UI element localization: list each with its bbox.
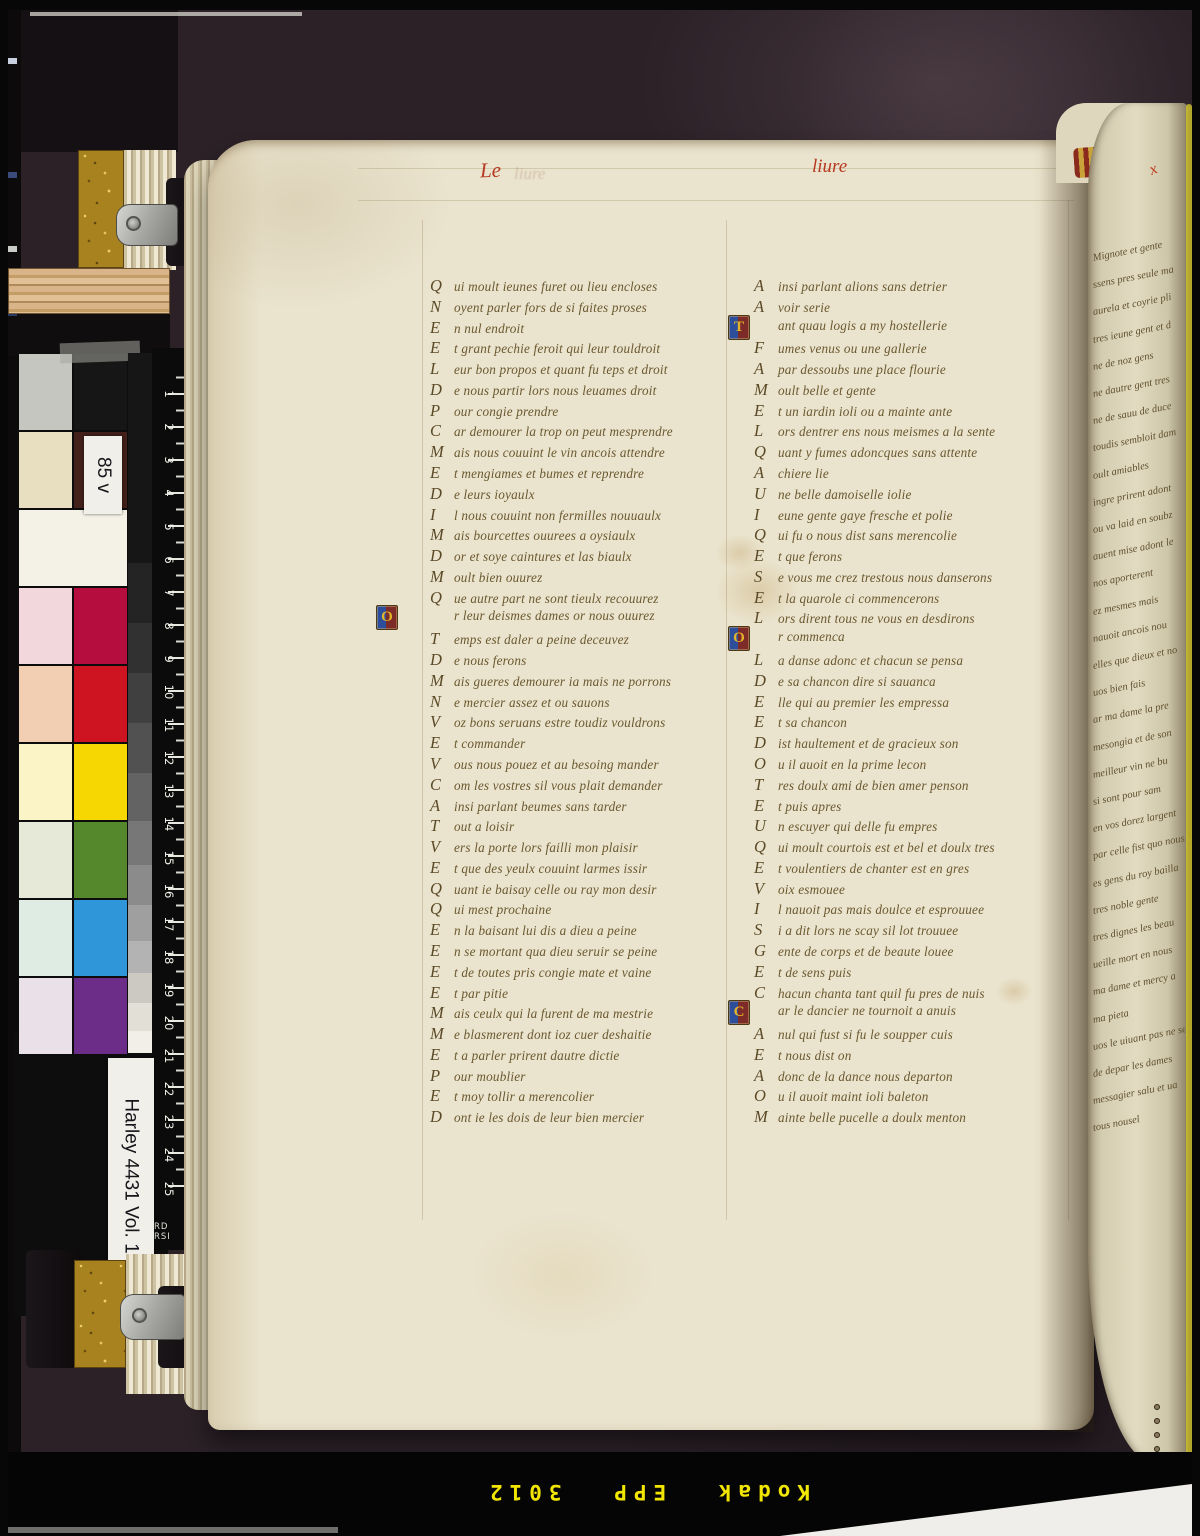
manuscript-line: Lors dentrer ens nous meismes a la sente	[754, 421, 995, 442]
chart-patch	[18, 743, 73, 821]
edge-text-line: ssens pres seule ma	[1092, 262, 1186, 291]
edge-text-line: par celle fist quo nous	[1092, 834, 1186, 863]
column1-text: t commander	[454, 736, 525, 751]
column2-text: oix esmouee	[778, 882, 845, 897]
edge-text-line: en vos dorez largent	[1092, 806, 1186, 835]
column2-text: n escuyer qui delle fu empres	[778, 819, 937, 834]
gilt-gauffered-edge-bottom	[74, 1260, 126, 1368]
edge-text-line: mesongia et de son	[1092, 725, 1186, 754]
edge-text-line: si sont pour sam	[1092, 779, 1186, 808]
line-initial: M	[430, 525, 454, 545]
edge-text-line: elles que dieux et no	[1092, 643, 1186, 672]
pricking-hole	[1154, 1418, 1160, 1424]
column2-text: t nous dist on	[778, 1048, 852, 1063]
manuscript-line: Et voulentiers de chanter est en gres	[754, 858, 969, 879]
line-initial: E	[754, 962, 778, 982]
line-initial: N	[430, 692, 454, 712]
ruler-number: 20	[162, 1013, 176, 1033]
film-edge-mark	[8, 246, 17, 252]
column2-text: t que ferons	[778, 549, 842, 564]
chart-patch	[18, 899, 73, 977]
line-initial: D	[430, 484, 454, 504]
manuscript-line: Apar dessoubs une place flourie	[754, 359, 946, 380]
manuscript-line: Anul qui fust si fu le soupper cuis	[754, 1024, 953, 1045]
column1-text: ais ceulx qui la furent de ma mestrie	[454, 1006, 653, 1021]
manuscript-line: Qui moult ieunes furet ou lieu encloses	[430, 276, 657, 297]
manuscript-line: De nous partir lors nous leuames droit	[430, 380, 657, 401]
manuscript-line: Et de sens puis	[754, 962, 852, 983]
line-initial: E	[430, 941, 454, 961]
manuscript-line: Fumes venus ou une gallerie	[754, 338, 927, 359]
manuscript-line: Et sa chancon	[754, 712, 847, 733]
manuscript-line: Mais ceulx qui la furent de ma mestrie	[430, 1003, 653, 1024]
column2-text: ar le dancier ne tournoit a anuis	[778, 1003, 956, 1018]
manuscript-line: De leurs ioyaulx	[430, 484, 535, 505]
grayscale-step	[128, 673, 155, 723]
clip-rivet-top	[126, 216, 141, 231]
column2-text: e sa chancon dire si sauanca	[778, 674, 936, 689]
line-initial: C	[430, 775, 454, 795]
edge-text-line: ez mesmes mais	[1092, 589, 1186, 618]
column1-text: ont ie les dois de leur bien mercier	[454, 1110, 644, 1125]
column2-text: t la quarole ci commencerons	[778, 591, 939, 606]
line-initial: A	[754, 463, 778, 483]
manuscript-line: Voix esmouee	[754, 879, 845, 900]
grayscale-step	[128, 563, 155, 623]
column2-text: res doulx ami de bien amer penson	[778, 778, 969, 793]
chart-patch	[73, 665, 128, 743]
ruler-number: 18	[162, 947, 176, 967]
line-initial: T	[430, 816, 454, 836]
chart-patch	[18, 509, 128, 587]
line-initial: E	[430, 1045, 454, 1065]
line-initial: L	[754, 421, 778, 441]
column1-text: t de toutes pris congie mate et vaine	[454, 965, 651, 980]
manuscript-line: La danse adonc et chacun se pensa	[754, 650, 963, 671]
ruler-number: 4	[162, 483, 176, 503]
manuscript-line: Tout a loisir	[430, 816, 514, 837]
manuscript-line: Mais gueres demourer ia mais ne porrons	[430, 671, 671, 692]
line-initial: V	[754, 879, 778, 899]
illuminated-initial: O	[376, 605, 398, 630]
ruler-number: 2	[162, 417, 176, 437]
running-title-left: Le	[480, 158, 502, 184]
illuminated-initial: C	[728, 1000, 750, 1025]
line-initial: P	[430, 1066, 454, 1086]
ruling-line	[358, 200, 1074, 201]
column1-text: om les vostres sil vous plait demander	[454, 778, 663, 793]
line-initial: D	[430, 1107, 454, 1127]
edge-text-line: ma pieta	[1092, 997, 1186, 1026]
edge-text-line: tres noble gente	[1092, 888, 1186, 917]
line-initial: A	[754, 359, 778, 379]
chart-patch	[73, 821, 128, 899]
line-initial: M	[430, 1024, 454, 1044]
ruler-number: 1	[162, 384, 176, 404]
line-initial: E	[754, 588, 778, 608]
ruler-number: 12	[162, 748, 176, 768]
manuscript-line: Ou il auoit en la prime lecon	[754, 754, 926, 775]
column1-text: t a parler prirent dautre dictie	[454, 1048, 620, 1063]
film-top-edge-line	[30, 12, 302, 16]
column1-text: ais gueres demourer ia mais ne porrons	[454, 674, 671, 689]
column1-text: e blasmerent dont ioz cuer deshaitie	[454, 1027, 652, 1042]
line-initial: Q	[754, 442, 778, 462]
column2-text: eune gente gaye fresche et polie	[778, 508, 953, 523]
line-initial: E	[430, 463, 454, 483]
column1-text: ers la porte lors failli mon plaisir	[454, 840, 638, 855]
edge-text-line: nauoit ancois nou	[1092, 616, 1186, 645]
ruler-number: 15	[162, 848, 176, 868]
manuscript-line: Vous nous pouez et au besoing mander	[430, 754, 659, 775]
column2-text: oult belle et gente	[778, 383, 876, 398]
line-initial: Q	[430, 899, 454, 919]
column1-text: oyent parler fors de si faites proses	[454, 300, 647, 315]
column2-text: l nauoit pas mais doulce et esprouuee	[778, 902, 984, 917]
line-initial: E	[430, 920, 454, 940]
chart-patch	[73, 353, 128, 431]
edge-text-line: meilleur vin ne bu	[1092, 752, 1186, 781]
column2-text: ui fu o nous dist sans merencolie	[778, 528, 957, 543]
column2-text: ainte belle pucelle a doulx menton	[778, 1110, 966, 1125]
manuscript-line: En la baisant lui dis a dieu a peine	[430, 920, 637, 941]
ruler-number: 3	[162, 450, 176, 470]
column2-text: uant y fumes adoncques sans attente	[778, 445, 977, 460]
edge-text-line: ou va laid en soubz	[1092, 507, 1186, 536]
line-initial: E	[430, 1086, 454, 1106]
line-initial: I	[430, 505, 454, 525]
column2-text: chiere lie	[778, 466, 829, 481]
manuscript-line: Car le dancier ne tournoit a anuis	[754, 1003, 956, 1024]
column1-text: oz bons seruans estre toudiz vouldrons	[454, 715, 665, 730]
ruler-number: 13	[162, 781, 176, 801]
manuscript-line: Que autre part ne sont tieulx recouurez	[430, 588, 659, 609]
manuscript-line: Pour congie prendre	[430, 401, 558, 422]
edge-text-line: messagier salu et ua	[1092, 1078, 1186, 1107]
line-initial: P	[430, 401, 454, 421]
column2-text: t sa chancon	[778, 715, 847, 730]
offset-ghost-text: liure	[514, 164, 545, 184]
manuscript-line: Un escuyer qui delle fu empres	[754, 816, 937, 837]
grayscale-step	[128, 623, 155, 673]
grayscale-step	[128, 865, 155, 905]
line-initial: T	[754, 775, 778, 795]
running-title-right: liure	[812, 156, 847, 178]
manuscript-line: De sa chancon dire si sauanca	[754, 671, 936, 692]
manuscript-line: Lors dirent tous ne vous en desdirons	[754, 608, 975, 629]
edge-text-line: es gens du roy bailla	[1092, 861, 1186, 890]
column1-text: t mengiames et bumes et reprendre	[454, 466, 644, 481]
manuscript-line: Et grant pechie feroit qui leur touldroi…	[430, 338, 660, 359]
edge-text-line: uos bien fais	[1092, 670, 1186, 699]
manuscript-line: Moult belle et gente	[754, 380, 876, 401]
column2-text: t de sens puis	[778, 965, 852, 980]
column2-text: t puis apres	[778, 799, 841, 814]
column2-text: umes venus ou une gallerie	[778, 341, 927, 356]
column1-text: n nul endroit	[454, 321, 524, 336]
column1-text: t que des yeulx couuint larmes issir	[454, 861, 647, 876]
manuscript-line: Se vous me crez trestous nous danserons	[754, 567, 992, 588]
manuscript-line: Mainte belle pucelle a doulx menton	[754, 1107, 966, 1128]
column1-text: ous nous pouez et au besoing mander	[454, 757, 659, 772]
column1-text: t moy tollir a merencolier	[454, 1089, 594, 1104]
line-initial: D	[754, 671, 778, 691]
film-edge-mark	[8, 58, 17, 64]
manuscript-line: Ainsi parlant beumes sans tarder	[430, 796, 627, 817]
manuscript-line: Vers la porte lors failli mon plaisir	[430, 837, 638, 858]
shelfmark-label-text: Harley 4431 Vol. 1	[120, 1098, 142, 1253]
column1-text: e nous partir lors nous leuames droit	[454, 383, 657, 398]
manuscript-line: Ou il auoit maint ioli baleton	[754, 1086, 929, 1107]
manuscript-line: En se mortant qua dieu seruir se peine	[430, 941, 657, 962]
line-initial: U	[754, 816, 778, 836]
manuscript-line: Et a parler prirent dautre dictie	[430, 1045, 620, 1066]
line-initial: D	[754, 733, 778, 753]
grayscale-step-wedge	[128, 353, 155, 1053]
illuminated-initial: O	[728, 626, 750, 651]
chart-patch	[18, 353, 73, 431]
clip-rivet-bottom	[132, 1308, 147, 1323]
line-initial: E	[754, 692, 778, 712]
manuscript-line: Me blasmerent dont ioz cuer deshaitie	[430, 1024, 652, 1045]
folio-label-text: 85 v	[92, 457, 114, 493]
line-initial: E	[754, 401, 778, 421]
line-initial: O	[754, 754, 778, 774]
ruler-number: 5	[162, 517, 176, 537]
grayscale-step	[128, 1031, 155, 1053]
ruling-line	[358, 168, 1074, 169]
line-initial: V	[430, 712, 454, 732]
manuscript-line: Il nous couuint non fermilles nouuaulx	[430, 505, 661, 526]
gutter-shadow	[1040, 140, 1094, 1432]
column2-text: i a dit lors ne scay sil lot trouuee	[778, 923, 958, 938]
column1-text: oult bien ouurez	[454, 570, 542, 585]
line-initial: Q	[430, 879, 454, 899]
manuscript-line: Avoir serie	[754, 297, 830, 318]
edge-text-line: uos le uiuant pas ne se	[1092, 1024, 1186, 1053]
metal-clip-bottom	[120, 1294, 186, 1340]
line-initial: E	[430, 338, 454, 358]
column1-text: t par pitie	[454, 986, 508, 1001]
manuscript-line: Et de toutes pris congie mate et vaine	[430, 962, 651, 983]
column1-text: our moublier	[454, 1069, 526, 1084]
column1-text: ar demourer la trop on peut mesprendre	[454, 424, 673, 439]
line-initial: I	[754, 899, 778, 919]
edge-text-line: ne de sauu de duce	[1092, 398, 1186, 427]
column2-text: ne belle damoiselle iolie	[778, 487, 912, 502]
column2-text: e vous me crez trestous nous danserons	[778, 570, 992, 585]
line-initial: E	[754, 712, 778, 732]
column2-text: voir serie	[778, 300, 830, 315]
manuscript-line: Et nous dist on	[754, 1045, 852, 1066]
manuscript-line: Et un iardin ioli ou a mainte ante	[754, 401, 952, 422]
film-bottom-edge-line	[8, 1527, 338, 1533]
manuscript-line: Gente de corps et de beaute louee	[754, 941, 954, 962]
ruler: RD RSI 123456789101112131415161718192021…	[152, 348, 186, 1250]
ruler-number: 23	[162, 1112, 176, 1132]
column2-text: par dessoubs une place flourie	[778, 362, 946, 377]
manuscript-line: Quant ie baisay celle ou ray mon desir	[430, 879, 657, 900]
ruler-number: 11	[162, 715, 176, 735]
folio-label: 85 v	[84, 436, 122, 514]
edge-text-line: ueille mort en nous	[1092, 942, 1186, 971]
column1-text: emps est daler a peine deceuvez	[454, 632, 629, 647]
line-initial: Q	[430, 588, 454, 608]
line-initial: V	[430, 754, 454, 774]
ruler-footer-text: RD RSI	[154, 1222, 186, 1242]
column1-text: n la baisant lui dis a dieu a peine	[454, 923, 637, 938]
line-initial: D	[430, 380, 454, 400]
edge-text-line: ar ma dame la pre	[1092, 698, 1186, 727]
manuscript-line: Une belle damoiselle iolie	[754, 484, 912, 505]
column1-text: or et soye caintures et las biaulx	[454, 549, 632, 564]
film-edge-mark	[8, 172, 17, 178]
ruler-number: 8	[162, 616, 176, 636]
manuscript-line: Com les vostres sil vous plait demander	[430, 775, 663, 796]
manuscript-line: Voz bons seruans estre toudiz vouldrons	[430, 712, 665, 733]
cradle-arm-shadow	[8, 10, 178, 152]
manuscript-line: Et mengiames et bumes et reprendre	[430, 463, 644, 484]
line-initial: E	[754, 858, 778, 878]
line-initial: A	[754, 1066, 778, 1086]
column1-text: ais nous couuint le vin ancois attendre	[454, 445, 665, 460]
grayscale-step	[128, 821, 155, 865]
manuscript-line: Ieune gente gaye fresche et polie	[754, 505, 953, 526]
edge-text-line: toudis sembloit dam	[1092, 426, 1186, 455]
column2-text: u il auoit maint ioli baleton	[778, 1089, 929, 1104]
column2-text: insi parlant alions sans detrier	[778, 279, 947, 294]
column1-text: ue autre part ne sont tieulx recouurez	[454, 591, 659, 606]
manuscript-line: Qui mest prochaine	[430, 899, 551, 920]
grayscale-step	[128, 905, 155, 941]
manuscript-line: Noyent parler fors de si faites proses	[430, 297, 647, 318]
column2-text: a danse adonc et chacun se pensa	[778, 653, 963, 668]
column2-text: ors dentrer ens nous meismes a la sente	[778, 424, 995, 439]
manuscript-line: Et la quarole ci commencerons	[754, 588, 939, 609]
column1-text: e mercier assez et ou sauons	[454, 695, 610, 710]
column1-text: ui mest prochaine	[454, 902, 551, 917]
edge-text-line: ne dautre gent tres	[1092, 371, 1186, 400]
line-initial: A	[430, 796, 454, 816]
line-initial: S	[754, 920, 778, 940]
column1-text: ais bourcettes ouurees a oysiaulx	[454, 528, 635, 543]
line-initial: V	[430, 837, 454, 857]
manuscript-line: Dist haultement et de gracieux son	[754, 733, 959, 754]
line-initial: E	[430, 962, 454, 982]
manuscript-line: Pour moublier	[430, 1066, 526, 1087]
chart-patch	[18, 821, 73, 899]
manuscript-line: Et que ferons	[754, 546, 842, 567]
manuscript-line: Car demourer la trop on peut mesprendre	[430, 421, 673, 442]
edge-text-line: ingre prirent adont	[1092, 480, 1186, 509]
facing-page-edge: x Mignote et gentessens pres seule maaur…	[1088, 103, 1188, 1465]
line-initial: L	[754, 650, 778, 670]
column1-text: e leurs ioyaulx	[454, 487, 535, 502]
manuscript-line: Tres doulx ami de bien amer penson	[754, 775, 969, 796]
ruler-number: 16	[162, 881, 176, 901]
ruler-number: 19	[162, 980, 176, 1000]
column2-text: t un iardin ioli ou a mainte ante	[778, 404, 952, 419]
line-initial: M	[430, 442, 454, 462]
manuscript-line: Achiere lie	[754, 463, 829, 484]
chart-patch	[73, 977, 128, 1055]
column2-text: t voulentiers de chanter est en gres	[778, 861, 969, 876]
manuscript-line: Et moy tollir a merencolier	[430, 1086, 594, 1107]
column2-text: ente de corps et de beaute louee	[778, 944, 954, 959]
line-initial: A	[754, 1024, 778, 1044]
line-initial: C	[430, 421, 454, 441]
column2-text: u il auoit en la prime lecon	[778, 757, 926, 772]
manuscript-line: Ne mercier assez et ou sauons	[430, 692, 610, 713]
ruler-number: 21	[162, 1046, 176, 1066]
manuscript-line: Chacun chanta tant quil fu pres de nuis	[754, 983, 985, 1004]
edge-text-line: oult amiables	[1092, 453, 1186, 482]
edge-text-line: ne de noz gens	[1092, 344, 1186, 373]
manuscript-line: Et commander	[430, 733, 525, 754]
line-initial: M	[430, 671, 454, 691]
line-initial: O	[754, 1086, 778, 1106]
column1-text: ui moult ieunes furet ou lieu encloses	[454, 279, 657, 294]
column1-text: n se mortant qua dieu seruir se peine	[454, 944, 657, 959]
line-initial: L	[430, 359, 454, 379]
column1-text: e nous ferons	[454, 653, 526, 668]
line-initial: A	[754, 297, 778, 317]
chart-patch	[73, 743, 128, 821]
grayscale-step	[128, 723, 155, 773]
line-initial: D	[430, 546, 454, 566]
chart-patch	[73, 899, 128, 977]
column2-text: ors dirent tous ne vous en desdirons	[778, 611, 975, 626]
edge-text-line: auent mise adont le	[1092, 534, 1186, 563]
line-initial: E	[430, 858, 454, 878]
manuscript-line: En nul endroit	[430, 318, 524, 339]
film-stock-label: Kodak EPP 3012	[340, 1466, 810, 1504]
line-initial: E	[754, 1045, 778, 1065]
wooden-board	[8, 268, 170, 314]
column1-text: eur bon propos et quant fu teps et droit	[454, 362, 668, 377]
ruler-number: 9	[162, 649, 176, 669]
manuscript-line: Ainsi parlant alions sans detrier	[754, 276, 947, 297]
manuscript-line: Et puis apres	[754, 796, 841, 817]
chart-patch	[18, 977, 73, 1055]
line-initial: I	[754, 505, 778, 525]
ruler-number: 7	[162, 583, 176, 603]
line-initial: G	[754, 941, 778, 961]
column1-text: l nous couuint non fermilles nouuaulx	[454, 508, 661, 523]
chart-patch	[18, 665, 73, 743]
line-initial: E	[754, 546, 778, 566]
line-initial: A	[754, 276, 778, 296]
edge-text-line: tous nousel	[1092, 1106, 1186, 1135]
manuscript-line: Leur bon propos et quant fu teps et droi…	[430, 359, 668, 380]
line-initial: U	[754, 484, 778, 504]
grayscale-step	[128, 973, 155, 1003]
line-initial: T	[430, 629, 454, 649]
manuscript-line: Or leur deismes dames or nous ouurez	[430, 608, 655, 629]
column2-text: nul qui fust si fu le soupper cuis	[778, 1027, 953, 1042]
grayscale-step	[128, 353, 155, 563]
gilt-fore-edge-line	[1186, 104, 1192, 1464]
line-initial: M	[430, 567, 454, 587]
column2-text: ui moult courtois est et bel et doulx tr…	[778, 840, 995, 855]
line-initial: Q	[430, 276, 454, 296]
manuscript-line: Dont ie les dois de leur bien mercier	[430, 1107, 644, 1128]
line-initial: Q	[754, 837, 778, 857]
manuscript-line: Mais nous couuint le vin ancois attendre	[430, 442, 665, 463]
manuscript-line: Elle qui au premier les empressa	[754, 692, 949, 713]
manuscript-line: Temps est daler a peine deceuvez	[430, 629, 629, 650]
edge-text-line: aurela et coyrie pli	[1092, 290, 1186, 319]
